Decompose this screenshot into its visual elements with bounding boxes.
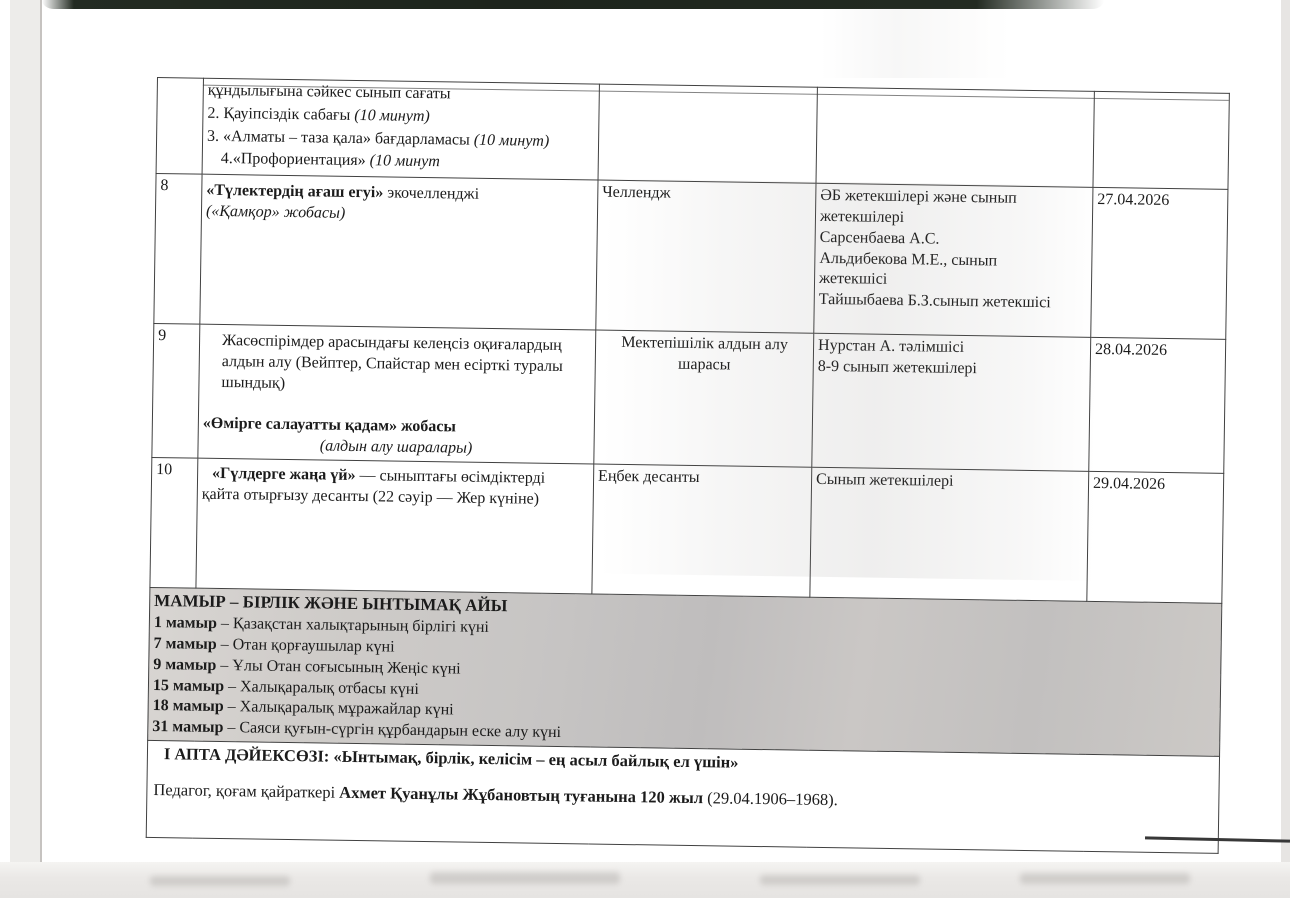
row-continuation: құндылығына сәйкес сынып сағаты 2. Қауіп… [156, 78, 1229, 190]
may-date-text: – Отан қорғаушылар күні [217, 636, 395, 656]
may-date: 7 мамыр [153, 635, 216, 653]
col-date: 28.04.2026 [1089, 338, 1226, 474]
row-9: 9 Жасөспірімдер арасындағы келеңсіз оқиғ… [152, 324, 1226, 474]
col-date: 29.04.2026 [1087, 472, 1224, 604]
may-date: 9 мамыр [153, 656, 216, 674]
scan-smudge [1020, 873, 1190, 884]
paper-right-edge [1281, 0, 1290, 898]
duration-note: (10 минут [370, 153, 440, 171]
may-date-text: – Саяси қуғын-сүргін құрбандарын еске ал… [223, 719, 561, 741]
col-number [156, 78, 203, 175]
week-quote-section: І АПТА ДӘЙЕКСӨЗІ: «Ынтымақ, бірлік, келі… [146, 740, 1219, 853]
col-activity: құндылығына сәйкес сынып сағаты 2. Қауіп… [202, 78, 599, 180]
col-format: Еңбек десанты [592, 464, 812, 597]
may-section-cell: МАМЫР – БІРЛІК ЖӘНЕ ЫНТЫМАҚ АЙЫ 1 мамыр … [148, 588, 1222, 757]
activity-line: құндылығына сәйкес сынып сағаты [208, 81, 595, 108]
may-date-text: – Халықаралық отбасы күні [224, 678, 419, 698]
duration-note: (10 минут) [474, 131, 550, 149]
note-person: Ахмет Қуанұлы Жұбановтың туғанына 120 жы… [339, 783, 707, 807]
may-date: 1 мамыр [154, 614, 217, 632]
quote-section-cell: І АПТА ДӘЙЕКСӨЗІ: «Ынтымақ, бірлік, келі… [146, 740, 1219, 853]
scan-smudge [150, 876, 290, 886]
duration-note: (10 минут) [354, 107, 430, 125]
activity-description: Жасөспірімдер арасындағы келеңсіз оқиғал… [203, 327, 591, 399]
page-bottom-shadow [0, 862, 1290, 898]
scan-smudge [430, 872, 620, 884]
col-activity: «Гүлдерге жаңа үй» — сыныптағы өсімдікте… [196, 458, 594, 594]
may-date-text: – Ұлы Отан соғысының Жеңіс күні [216, 657, 461, 678]
may-date-text: – Қазақстан халықтарының бірлігі күні [217, 615, 489, 636]
activity-text: 2. Қауіпсіздік сабағы [207, 105, 354, 124]
activity-line: 3. «Алматы – таза қала» бағдарламасы (10… [207, 126, 594, 153]
col-responsible: ӘБ жетекшілері және сынып жетекшілері Са… [814, 183, 1093, 337]
col-activity: «Түлектердің ағаш егуі» экочелленджі («Қ… [200, 174, 598, 330]
anniversary-note: Педагог, қоғам қайраткері Ахмет Қуанұлы … [151, 779, 1214, 816]
col-format: Челлендж [596, 180, 816, 333]
col-format: Мектепішілік алдын алу шарасы [594, 330, 814, 467]
col-date: 27.04.2026 [1091, 188, 1228, 340]
col-responsible: Нурстан А. тәлімшісі 8-9 сынып жетекшіле… [812, 333, 1091, 471]
col-responsible [816, 87, 1094, 187]
activity-text: 4.«Профориентация» [221, 150, 370, 169]
col-date [1093, 91, 1229, 189]
activity-title: «Гүлдерге жаңа үй» — сыныптағы өсімдікте… [202, 461, 590, 511]
col-number: 10 [150, 458, 198, 589]
row-8: 8 «Түлектердің ағаш егуі» экочелленджі (… [154, 174, 1228, 340]
activity-line: 4.«Профориентация» (10 минут [207, 149, 594, 176]
activity-title-bold: «Гүлдерге жаңа үй» [212, 465, 356, 484]
col-activity: Жасөспірімдер арасындағы келеңсіз оқиғал… [198, 324, 596, 464]
scan-shade-top [820, 8, 1010, 78]
col-responsible: Сынып жетекшілері [810, 467, 1089, 601]
scan-smudge [760, 875, 920, 885]
col-format [598, 84, 817, 183]
activity-title-rest: экочелленджі [383, 185, 479, 203]
project-name: («Қамқор» жобасы) [206, 202, 593, 229]
scanned-document-page: құндылығына сәйкес сынып сағаты 2. Қауіп… [0, 0, 1290, 898]
activity-title-bold: «Түлектердің ағаш егуі» [206, 182, 383, 202]
activity-plan-table: құндылығына сәйкес сынып сағаты 2. Қауіп… [146, 77, 1230, 854]
note-years: (29.04.1906–1968). [707, 789, 838, 810]
may-date: 31 мамыр [152, 718, 223, 736]
may-date-text: – Халықаралық мұражайлар күні [224, 699, 454, 719]
paper-left-edge [10, 0, 42, 898]
may-date: 15 мамыр [153, 677, 224, 695]
plan-table: құндылығына сәйкес сынып сағаты 2. Қауіп… [146, 77, 1230, 854]
may-month-section: МАМЫР – БІРЛІК ЖӘНЕ ЫНТЫМАҚ АЙЫ 1 мамыр … [148, 588, 1222, 757]
activity-text: 3. «Алматы – таза қала» бағдарламасы [207, 127, 474, 148]
project-note: (алдын алу шаралары) [202, 435, 589, 462]
may-date: 18 мамыр [153, 697, 224, 715]
activity-line: 2. Қауіпсіздік сабағы (10 минут) [207, 104, 594, 131]
col-number: 9 [152, 324, 200, 459]
note-prefix: Педагог, қоғам қайраткері [153, 781, 339, 803]
col-number: 8 [154, 174, 202, 325]
row-10: 10 «Гүлдерге жаңа үй» — сыныптағы өсімді… [150, 458, 1224, 604]
